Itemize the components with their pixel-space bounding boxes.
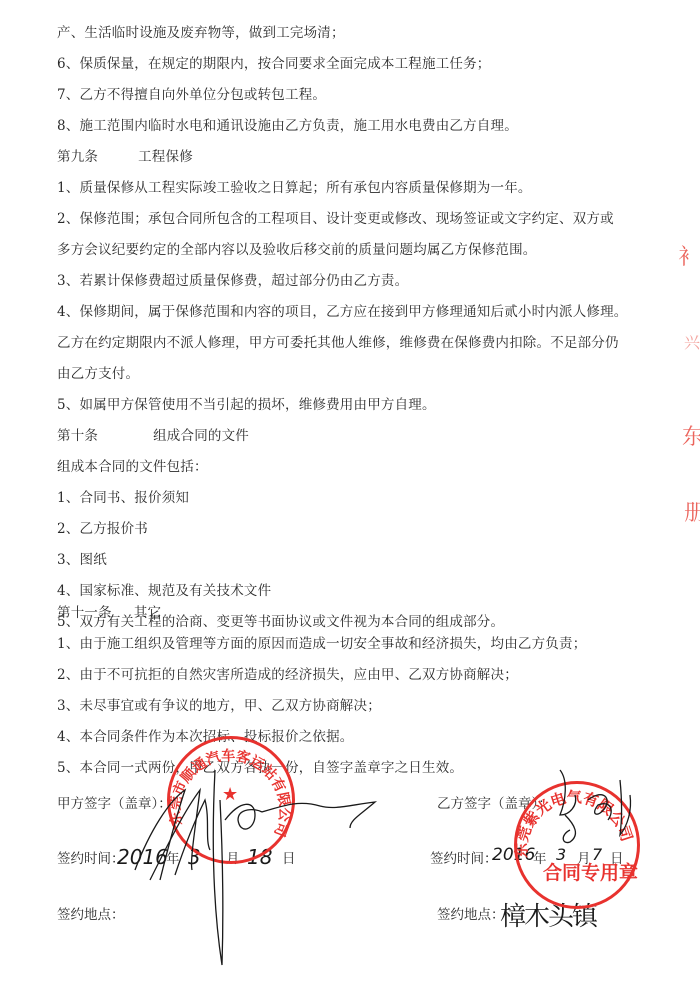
pre-item-8: 8、施工范围内临时水电和通讯设施由乙方负责，施工用水电费由乙方自理。: [57, 117, 518, 135]
party-a-date-year-handwritten: 2016: [117, 845, 168, 869]
article-10-line: 4、国家标准、规范及有关技术文件: [57, 582, 271, 600]
article-11-heading: 第十一条其它: [57, 604, 161, 622]
pre-item-7: 7、乙方不得擅自向外单位分包或转包工程。: [57, 86, 326, 104]
article-9-line: 由乙方支付。: [57, 365, 139, 383]
continuation-line: 产、生活临时设施及废弃物等，做到工完场清；: [57, 24, 345, 42]
article-10-intro: 组成本合同的文件包括：: [57, 458, 208, 476]
article-10-number: 第十条: [57, 427, 98, 445]
article-10-line: 2、乙方报价书: [57, 520, 148, 538]
article-10-line: 3、图纸: [57, 551, 107, 569]
article-9-line: 2、保修范围；承包合同所包含的工程项目、设计变更或修改、现场签证或文字约定、双方…: [57, 210, 614, 228]
party-a-year-unit: 年: [166, 850, 180, 868]
article-11-line: 2、由于不可抗拒的自然灾害所造成的经济损失，应由甲、乙双方协商解决；: [57, 666, 518, 684]
article-9-line: 乙方在约定期限内不派人修理，甲方可委托其他人维修，维修费在保修费内扣除。不足部分…: [57, 334, 619, 352]
contract-page: 产、生活临时设施及废弃物等，做到工完场清； 6、保质保量，在规定的期限内，按合同…: [0, 0, 700, 992]
article-9-line: 多方会议纪要约定的全部内容以及验收后移交前的质量问题均属乙方保修范围。: [57, 241, 537, 259]
party-a-sign-label: 甲方签字（盖章）：: [57, 795, 172, 813]
article-10-title: 组成合同的文件: [153, 427, 249, 445]
edge-stamp-fragment: 册: [684, 496, 700, 527]
party-b-seal-center-text: 合同专用章: [543, 858, 638, 885]
edge-stamp-fragment: 东: [682, 420, 700, 451]
pre-item-6: 6、保质保量，在规定的期限内，按合同要求全面完成本工程施工任务；: [57, 55, 491, 73]
party-a-date-label: 签约时间：: [57, 851, 125, 867]
article-9-line: 4、保修期间，属于保修范围和内容的项目，乙方应在接到甲方修理通知后贰小时内派人修…: [57, 303, 628, 321]
article-10-heading: 第十条组成合同的文件: [57, 427, 249, 445]
article-11-line: 3、未尽事宜或有争议的地方，甲、乙双方协商解决；: [57, 697, 381, 715]
edge-stamp-fragment: 衤: [678, 240, 700, 271]
party-b-place-label: 签约地点：: [437, 906, 505, 924]
party-b-contract-seal: [514, 781, 640, 909]
party-a-company-seal: [167, 736, 295, 864]
edge-stamp-fragment: 兴: [684, 330, 700, 353]
article-9-line: 1、质量保修从工程实际竣工验收之日算起；所有承包内容质量保修期为一年。: [57, 179, 532, 197]
party-a-day-unit: 日: [282, 850, 296, 868]
article-11-number: 第十一条: [57, 604, 112, 622]
party-a-date-row: 签约时间：: [57, 850, 125, 868]
article-9-number: 第九条: [57, 148, 98, 166]
party-a-place-label: 签约地点：: [57, 906, 125, 924]
article-11-line: 1、由于施工组织及管理等方面的原因而造成一切安全事故和经济损失，均由乙方负责；: [57, 635, 586, 653]
article-11-title: 其它: [134, 604, 161, 622]
article-9-heading: 第九条工程保修: [57, 148, 193, 166]
party-b-date-label: 签约时间：: [430, 850, 498, 868]
article-9-line: 3、若累计保修费超过质量保修费，超过部分仍由乙方责。: [57, 272, 408, 290]
article-9-title: 工程保修: [138, 148, 193, 166]
article-9-line: 5、如属甲方保管使用不当引起的损坏，维修费用由甲方自理。: [57, 396, 436, 414]
article-10-line: 1、合同书、报价须知: [57, 489, 189, 507]
